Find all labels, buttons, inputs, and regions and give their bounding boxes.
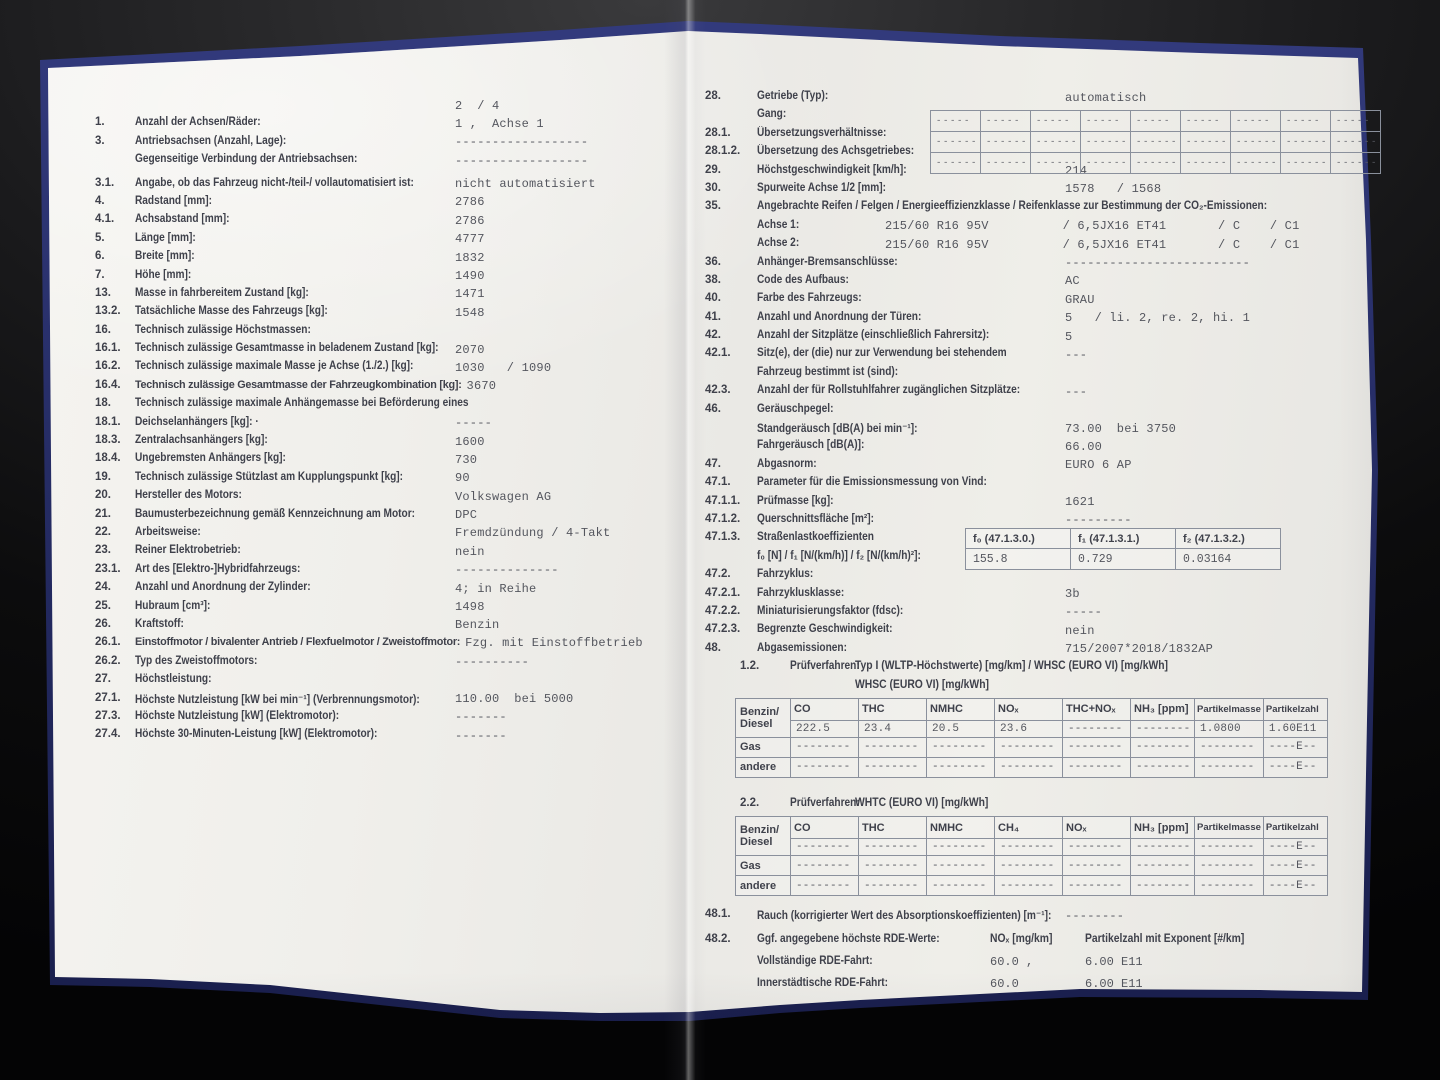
gear-cell: ----- <box>1231 111 1281 132</box>
item-number: 27.4. <box>95 728 121 740</box>
item-label: Fahrzyklusklasse: <box>757 587 844 599</box>
em-cell: -------- <box>1131 737 1195 757</box>
item-label: Länge [mm]: <box>135 232 196 244</box>
item-number: 26. <box>95 618 111 630</box>
em-cell: -------- <box>995 839 1063 856</box>
doc-row: Fahrgeräusch [dB(A)]:66.00 <box>705 437 1385 455</box>
em-cell: -------- <box>791 856 859 876</box>
item-value: 1832 <box>455 251 485 265</box>
item-label: Angabe, ob das Fahrzeug nicht-/teil-/ vo… <box>135 177 414 189</box>
item-number: 18.3. <box>95 434 121 446</box>
doc-row: 6.Breite [mm]:1832 <box>95 248 695 266</box>
doc-row: 42.1.Sitz(e), der (die) nur zur Verwendu… <box>705 345 1385 363</box>
doc-row: 48.1.Rauch (korrigierter Wert des Absorp… <box>705 906 1385 924</box>
item-label: Geräuschpegel: <box>757 403 833 415</box>
rde-section: 48.2. Ggf. angegebene höchste RDE-Werte:… <box>705 931 1385 997</box>
em-column-header: CO <box>791 817 859 839</box>
item-value: automatisch <box>1065 91 1146 105</box>
item-number: 18.1. <box>95 416 121 428</box>
item-label: Technisch zulässige Gesamtmasse in belad… <box>135 342 439 354</box>
doc-row: Fahrzeug bestimmt ist (sind): <box>705 364 1385 382</box>
emissions-table-1: Benzin/ DieselCOTHCNMHCNOₓTHC+NOₓNH₃ [pp… <box>735 698 1328 778</box>
item-label: Achse 2: <box>757 237 799 249</box>
item-number: 30. <box>705 182 721 194</box>
item-value: 1578 / 1568 <box>1065 182 1161 196</box>
item-label: Gegenseitige Verbindung der Antriebsachs… <box>135 153 357 165</box>
item-label: Höchstgeschwindigkeit [km/h]: <box>757 164 907 176</box>
doc-row: 27.4.Höchste 30-Minuten-Leistung [kW] (E… <box>95 726 695 744</box>
doc-row: 18.Technisch zulässige maximale Anhängem… <box>95 395 695 413</box>
doc-row: Gegenseitige Verbindung der Antriebsachs… <box>95 151 695 169</box>
gear-cell: ------ <box>1281 132 1331 153</box>
item-number: 5. <box>95 232 105 244</box>
item-label: Querschnittsfläche [m²]: <box>757 513 874 525</box>
doc-row: Achse 2:215/60 R16 95V / 6,5JX16 ET41 / … <box>705 235 1385 253</box>
doc-row: 2.2. Prüfverfahren: WHTC (EURO VI) [mg/k… <box>705 795 1385 813</box>
item-value: 6.00 E11 <box>1085 955 1143 969</box>
item-number: 47.1.3. <box>705 531 740 543</box>
item-label: Prüfmasse [kg]: <box>757 495 833 507</box>
em-cell: -------- <box>791 839 859 856</box>
gear-cell: ------ <box>1031 132 1081 153</box>
road-load-table: f₀ (47.1.3.0.)f₁ (47.1.3.1.)f₂ (47.1.3.2… <box>965 528 1281 570</box>
em-cell: -------- <box>1195 839 1264 856</box>
gear-cell: ----- <box>1281 111 1331 132</box>
gear-cell: ------ <box>1131 153 1181 174</box>
em-cell: -------- <box>1131 720 1195 737</box>
item-number: 42. <box>705 329 721 341</box>
item-number: 47.1.2. <box>705 513 740 525</box>
item-number: 28.1. <box>705 127 731 139</box>
item-number: 16.4. <box>95 379 121 391</box>
item-label: Code des Aufbaus: <box>757 274 849 286</box>
item-label: Höchste Nutzleistung [kW] (Elektromotor)… <box>135 710 339 722</box>
item-label: Höchste Nutzleistung [kW bei min⁻¹] (Ver… <box>135 692 420 706</box>
em-cell: -------- <box>1063 757 1131 777</box>
ftab-value-row: 155.80.7290.03164 <box>966 549 1281 570</box>
item-label: Höchstleistung: <box>135 673 211 685</box>
item-label: Anzahl und Anordnung der Zylinder: <box>135 581 311 593</box>
gear-cell: ------ <box>1231 153 1281 174</box>
item-number: 7. <box>95 269 105 281</box>
doc-row: 4.1.Achsabstand [mm]:2786 <box>95 211 695 229</box>
em-data-row: Gas-------------------------------------… <box>736 856 1328 876</box>
doc-row: 26.Kraftstoff:Benzin <box>95 616 695 634</box>
item-value: 2786 <box>455 195 485 209</box>
item-number: 38. <box>705 274 721 286</box>
emissions-table-1: Benzin/ DieselCOTHCNMHCNOₓTHC+NOₓNH₃ [pp… <box>735 698 1385 778</box>
doc-row: 47.2.2.Miniaturisierungsfaktor (fdsc):--… <box>705 603 1385 621</box>
item-number: 22. <box>95 526 111 538</box>
item-label: Prüfverfahren: <box>790 797 860 809</box>
em-column-header: NOₓ <box>995 698 1063 720</box>
doc-row: 3.Antriebsachsen (Anzahl, Lage):--------… <box>95 133 695 151</box>
item-value: 5 <box>1065 330 1072 344</box>
item-value: --- <box>1065 348 1087 362</box>
item-value: 1548 <box>455 306 485 320</box>
doc-row: 24.Anzahl und Anordnung der Zylinder:4; … <box>95 579 695 597</box>
test-procedure-1: 1.2. Prüfverfahren: Typ I (WLTP-Höchstwe… <box>705 658 1385 695</box>
em-cell: ----E-- <box>1263 757 1327 777</box>
item-number: 27. <box>95 673 111 685</box>
item-value: 1030 / 1090 <box>455 361 551 375</box>
em-cell: -------- <box>1195 856 1264 876</box>
gear-cell: ----- <box>1331 111 1381 132</box>
em-cell: -------- <box>1063 720 1131 737</box>
item-value: GRAU <box>1065 293 1095 307</box>
em-cell: -------- <box>927 856 995 876</box>
item-label: Begrenzte Geschwindigkeit: <box>757 623 893 635</box>
em-cell: -------- <box>1195 757 1264 777</box>
item-value: 215/60 R16 95V / 6,5JX16 ET41 / C / C1 <box>885 238 1299 252</box>
doc-row: 47.1.Parameter für die Emissionsmessung … <box>705 474 1385 492</box>
doc-row: 23.Reiner Elektrobetrieb:nein <box>95 542 695 560</box>
ftab-header: f₂ (47.1.3.2.) <box>1176 529 1281 549</box>
item-value: ----- <box>1065 605 1102 619</box>
item-label: Farbe des Fahrzeugs: <box>757 292 862 304</box>
gear-cell: ------ <box>981 132 1031 153</box>
item-label: Zentralachsanhängers [kg]: <box>135 434 268 446</box>
gear-cell: ----- <box>1181 111 1231 132</box>
item-label: Fahrgeräusch [dB(A)]: <box>757 439 864 451</box>
em-cell: -------- <box>995 737 1063 757</box>
fuel-type-label: Gas <box>736 856 791 876</box>
doc-row: 30.Spurweite Achse 1/2 [mm]:1578 / 1568 <box>705 180 1385 198</box>
item-label: Rauch (korrigierter Wert des Absorptions… <box>757 908 1051 922</box>
em-cell: -------- <box>1063 839 1131 856</box>
em-column-header: NH₃ [ppm] <box>1131 698 1195 720</box>
doc-row: 48.2. Ggf. angegebene höchste RDE-Werte:… <box>705 931 1385 953</box>
gear-ratio-table: ----------------------------------------… <box>930 110 1381 174</box>
item-number: 26.2. <box>95 655 121 667</box>
item-value: ------------------------- <box>1065 256 1250 270</box>
item-value: AC <box>1065 274 1080 288</box>
item-label: Straßenlastkoeffizienten <box>757 531 874 543</box>
doc-row: 42.3.Anzahl der für Rollstuhlfahrer zugä… <box>705 382 1385 400</box>
em-column-header: Partikelzahl <box>1263 817 1327 839</box>
item-label: Reiner Elektrobetrieb: <box>135 544 241 556</box>
item-label: Höchste 30-Minuten-Leistung [kW] (Elektr… <box>135 728 377 740</box>
fuel-type-label: andere <box>736 876 791 896</box>
doc-row: 1.2. Prüfverfahren: Typ I (WLTP-Höchstwe… <box>705 658 1385 676</box>
em-cell: 23.6 <box>995 720 1063 737</box>
gear-cell: ----- <box>1081 111 1131 132</box>
doc-row: 23.1.Art des [Elektro-]Hybridfahrzeugs:-… <box>95 561 695 579</box>
item-number: 47.1.1. <box>705 495 740 507</box>
item-label: Technisch zulässige Gesamtmasse der Fahr… <box>135 377 462 391</box>
item-label: Gang: <box>757 108 786 120</box>
item-value: 6.00 E11 <box>1085 977 1143 991</box>
item-label: Kraftstoff: <box>135 618 184 630</box>
item-label: Abgasemissionen: <box>757 642 847 654</box>
item-value: -------------- <box>455 563 559 577</box>
gear-cell: ------ <box>931 153 981 174</box>
em-cell: -------- <box>1131 856 1195 876</box>
test-procedure-2: 2.2. Prüfverfahren: WHTC (EURO VI) [mg/k… <box>705 795 1385 813</box>
item-label: Achsabstand [mm]: <box>135 213 229 225</box>
item-label: f₀ [N] / f₁ [N/(km/h)] / f₂ [N/(km/h)²]: <box>757 550 921 562</box>
item-label: Deichselanhängers [kg]: · <box>135 416 259 428</box>
item-label: Prüfverfahren: <box>790 660 860 672</box>
gear-cell: ------ <box>1031 153 1081 174</box>
item-value: 1498 <box>455 600 485 614</box>
page-fraction-row: 2 / 4 <box>95 96 695 114</box>
gear-row: ----------------------------------------… <box>931 111 1381 132</box>
doc-row: 47.2.1.Fahrzyklusklasse:3b <box>705 585 1385 603</box>
item-number: 29. <box>705 164 721 176</box>
item-number: 16.2. <box>95 360 121 372</box>
gear-cell: ----- <box>931 111 981 132</box>
item-value: 66.00 <box>1065 440 1102 454</box>
doc-row: 42.Anzahl der Sitzplätze (einschließlich… <box>705 327 1385 345</box>
item-label: Abgasnorm: <box>757 458 817 470</box>
item-number: 47.2.1. <box>705 587 740 599</box>
item-value: EURO 6 AP <box>1065 458 1132 472</box>
road-load-table: f₀ (47.1.3.0.)f₁ (47.1.3.1.)f₂ (47.1.3.2… <box>965 528 1281 570</box>
item-label: Übersetzungsverhältnisse: <box>757 127 886 139</box>
doc-row: 47.Abgasnorm:EURO 6 AP <box>705 456 1385 474</box>
doc-row: 26.1.Einstoffmotor / bivalenter Antrieb … <box>95 634 695 652</box>
doc-row: 13.2.Tatsächliche Masse des Fahrzeugs [k… <box>95 303 695 321</box>
doc-row: 16.2.Technisch zulässige maximale Masse … <box>95 358 695 376</box>
doc-row: 38.Code des Aufbaus:AC <box>705 272 1385 290</box>
em-column-header: NOₓ <box>1063 817 1131 839</box>
item-number: 21. <box>95 508 111 520</box>
em-data-row: andere----------------------------------… <box>736 757 1328 777</box>
emissions-table-2: Benzin/ DieselCOTHCNMHCCH₄NOₓNH₃ [ppm]Pa… <box>735 816 1328 896</box>
item-label: Angebrachte Reifen / Felgen / Energieeff… <box>757 200 1267 212</box>
item-number: 24. <box>95 581 111 593</box>
doc-row: 5.Länge [mm]:4777 <box>95 230 695 248</box>
em-column-header: NH₃ [ppm] <box>1131 817 1195 839</box>
doc-row: 20.Hersteller des Motors:Volkswagen AG <box>95 487 695 505</box>
gear-cell: ------ <box>1331 132 1381 153</box>
item-label: Anzahl der Sitzplätze (einschließlich Fa… <box>757 329 989 341</box>
em-cell: -------- <box>859 839 927 856</box>
item-label: Technisch zulässige Höchstmassen: <box>135 324 311 336</box>
em-data-row: ----------------------------------------… <box>736 839 1328 856</box>
item-number: 13.2. <box>95 305 121 317</box>
item-value: 2070 <box>455 343 485 357</box>
em-cell: -------- <box>791 876 859 896</box>
doc-row: 35.Angebrachte Reifen / Felgen / Energie… <box>705 198 1385 216</box>
item-number: 41. <box>705 311 721 323</box>
ftab-value: 0.729 <box>1071 549 1176 570</box>
em-column-header: Partikelmasse <box>1195 698 1264 720</box>
item-value: ----- <box>455 416 492 430</box>
em-cell: -------- <box>1131 876 1195 896</box>
item-number: 27.1. <box>95 692 121 704</box>
gear-cell: ------ <box>1181 132 1231 153</box>
em-column-header: CH₄ <box>995 817 1063 839</box>
doc-row: Vollständige RDE-Fahrt: 60.0 , 6.00 E11 <box>705 953 1385 975</box>
item-number: 27.3. <box>95 710 121 722</box>
item-label: Höhe [mm]: <box>135 269 191 281</box>
gear-cell: ------ <box>1081 153 1131 174</box>
em-column-header: THC <box>859 698 927 720</box>
item-label: Anzahl der Achsen/Räder: <box>135 116 261 128</box>
item-value: 215/60 R16 95V / 6,5JX16 ET41 / C / C1 <box>885 219 1299 233</box>
item-number: 28.1.2. <box>705 145 740 157</box>
item-value: 730 <box>455 453 477 467</box>
em-column-header: NMHC <box>927 698 995 720</box>
em-cell: -------- <box>927 757 995 777</box>
item-value: 5 / li. 2, re. 2, hi. 1 <box>1065 311 1250 325</box>
item-number: 13. <box>95 287 111 299</box>
fuel-type-label: Benzin/ Diesel <box>736 817 791 856</box>
item-number: 3. <box>95 135 105 147</box>
em-cell: -------- <box>927 876 995 896</box>
item-value: nein <box>455 545 485 559</box>
item-number: 16. <box>95 324 111 336</box>
item-number: 1. <box>95 116 105 128</box>
item-label: Parameter für die Emissionsmessung von V… <box>757 476 987 488</box>
item-label: Sitz(e), der (die) nur zur Verwendung be… <box>757 347 1007 359</box>
doc-row: 3.1.Angabe, ob das Fahrzeug nicht-/teil-… <box>95 175 695 193</box>
doc-row: 13.Masse in fahrbereitem Zustand [kg]:14… <box>95 285 695 303</box>
doc-row: 22.Arbeitsweise:Fremdzündung / 4-Takt <box>95 524 695 542</box>
item-number: 46. <box>705 403 721 415</box>
item-number: 18. <box>95 397 111 409</box>
em-cell: -------- <box>927 839 995 856</box>
item-label: Übersetzung des Achsgetriebes: <box>757 145 914 157</box>
fuel-type-label: Gas <box>736 737 791 757</box>
doc-row: 21.Baumusterbezeichnung gemäß Kennzeichn… <box>95 506 695 524</box>
item-number: 4. <box>95 195 105 207</box>
item-number: 47.2.3. <box>705 623 740 635</box>
item-value: 60.0 , <box>990 955 1033 969</box>
fuel-type-label: andere <box>736 757 791 777</box>
gear-cell: ------ <box>1131 132 1181 153</box>
item-number: 42.3. <box>705 384 731 396</box>
item-label: Technisch zulässige maximale Anhängemass… <box>135 397 469 409</box>
emissions-table-2: Benzin/ DieselCOTHCNMHCCH₄NOₓNH₃ [ppm]Pa… <box>735 816 1385 896</box>
item-label: Standgeräusch [dB(A) bei min⁻¹]: <box>757 421 918 435</box>
em-cell: 1.0800 <box>1195 720 1264 737</box>
item-label: Antriebsachsen (Anzahl, Lage): <box>135 135 286 147</box>
item-label: Einstoffmotor / bivalenter Antrieb / Fle… <box>135 634 460 648</box>
fuel-type-label: Benzin/ Diesel <box>736 698 791 737</box>
item-label: Masse in fahrbereitem Zustand [kg]: <box>135 287 309 299</box>
doc-row: 47.1.1.Prüfmasse [kg]:1621 <box>705 493 1385 511</box>
em-cell: -------- <box>859 737 927 757</box>
item-number: 47. <box>705 458 721 470</box>
item-label: Tatsächliche Masse des Fahrzeugs [kg]: <box>135 305 328 317</box>
gear-cell: ------ <box>1331 153 1381 174</box>
item-number: 40. <box>705 292 721 304</box>
item-number: 42.1. <box>705 347 731 359</box>
item-number: 19. <box>95 471 111 483</box>
em-cell: 20.5 <box>927 720 995 737</box>
item-label: Fahrzyklus: <box>757 568 813 580</box>
em-cell: -------- <box>791 757 859 777</box>
item-value: --------- <box>1065 513 1132 527</box>
em-cell: -------- <box>927 737 995 757</box>
em-cell: -------- <box>1131 757 1195 777</box>
item-number: 47.2. <box>705 568 731 580</box>
item-number: 47.2.2. <box>705 605 740 617</box>
item-value: 1 , Achse 1 <box>455 117 544 131</box>
item-value: 1490 <box>455 269 485 283</box>
item-value: nicht automatisiert <box>455 177 596 191</box>
item-label: Breite [mm]: <box>135 250 195 262</box>
em-data-row: 222.523.420.523.6----------------1.08001… <box>736 720 1328 737</box>
item-value: 4777 <box>455 232 485 246</box>
item-value: DPC <box>455 508 477 522</box>
item-label: Radstand [mm]: <box>135 195 212 207</box>
item-number: 35. <box>705 200 721 212</box>
item-value: WHTC (EURO VI) [mg/kWh] <box>855 797 988 809</box>
item-value: 4; in Reihe <box>455 582 536 596</box>
gear-cell: ------ <box>1231 132 1281 153</box>
em-cell: -------- <box>995 876 1063 896</box>
doc-row: 19.Technisch zulässige Stützlast am Kupp… <box>95 469 695 487</box>
item-label: Miniaturisierungsfaktor (fdsc): <box>757 605 903 617</box>
doc-row: 25.Hubraum [cm³]:1498 <box>95 598 695 616</box>
em-cell: -------- <box>1063 856 1131 876</box>
item-label: Hubraum [cm³]: <box>135 600 210 612</box>
em-cell: -------- <box>859 757 927 777</box>
doc-row: 18.3.Zentralachsanhängers [kg]:1600 <box>95 432 695 450</box>
em-cell: ----E-- <box>1263 839 1327 856</box>
item-label: Typ des Zweistoffmotors: <box>135 655 257 667</box>
item-label: Anhänger-Bremsanschlüsse: <box>757 256 898 268</box>
em-cell: 23.4 <box>859 720 927 737</box>
gear-row: ----------------------------------------… <box>931 153 1381 174</box>
em-cell: -------- <box>1195 737 1264 757</box>
doc-row: 1.Anzahl der Achsen/Räder:1 , Achse 1 <box>95 114 695 132</box>
doc-row: Standgeräusch [dB(A) bei min⁻¹]:73.00 be… <box>705 419 1385 437</box>
item-number: 28. <box>705 90 721 102</box>
item-value: ------- <box>455 729 507 743</box>
item-label: Technisch zulässige Stützlast am Kupplun… <box>135 471 403 483</box>
item-number: 1.2. <box>740 660 759 672</box>
rde-column-header-nox: NOₓ [mg/km] <box>990 933 1052 945</box>
item-value: Typ I (WLTP-Höchstwerte) [mg/km] / WHSC … <box>855 660 1168 672</box>
item-label: Baumusterbezeichnung gemäß Kennzeichnung… <box>135 508 415 520</box>
item-number: 23. <box>95 544 111 556</box>
item-label: Getriebe (Typ): <box>757 90 828 102</box>
item-number: 6. <box>95 250 105 262</box>
item-value: Fzg. mit Einstoffbetrieb <box>465 634 643 650</box>
item-number: 48.1. <box>705 908 731 920</box>
gear-cell: ------ <box>1181 153 1231 174</box>
em-cell: -------- <box>995 856 1063 876</box>
em-column-header: THC+NOₓ <box>1063 698 1131 720</box>
em-cell: 1.60E11 <box>1263 720 1327 737</box>
doc-row: 28.Getriebe (Typ):automatisch <box>705 88 1385 106</box>
item-number: 48.2. <box>705 933 731 945</box>
item-value: 2786 <box>455 214 485 228</box>
ftab-value: 0.03164 <box>1176 549 1281 570</box>
doc-row: 47.2.3.Begrenzte Geschwindigkeit:nein <box>705 621 1385 639</box>
item-label: Anzahl der für Rollstuhlfahrer zugänglic… <box>757 384 1020 396</box>
gear-cell: ----- <box>1131 111 1181 132</box>
item-value: nein <box>1065 624 1095 638</box>
em-cell: ----E-- <box>1263 876 1327 896</box>
gear-cell: ------ <box>1081 132 1131 153</box>
rde-column-header-particles: Partikelzahl mit Exponent [#/km] <box>1085 933 1244 945</box>
gear-cell: ------ <box>1281 153 1331 174</box>
item-number: 3.1. <box>95 177 114 189</box>
em-cell: -------- <box>1131 839 1195 856</box>
item-value: ------- <box>455 710 507 724</box>
item-number: 18.4. <box>95 452 121 464</box>
item-value: -------- <box>1065 909 1124 923</box>
item-label: Achse 1: <box>757 219 799 231</box>
em-cell: -------- <box>1063 876 1131 896</box>
item-number: 36. <box>705 256 721 268</box>
